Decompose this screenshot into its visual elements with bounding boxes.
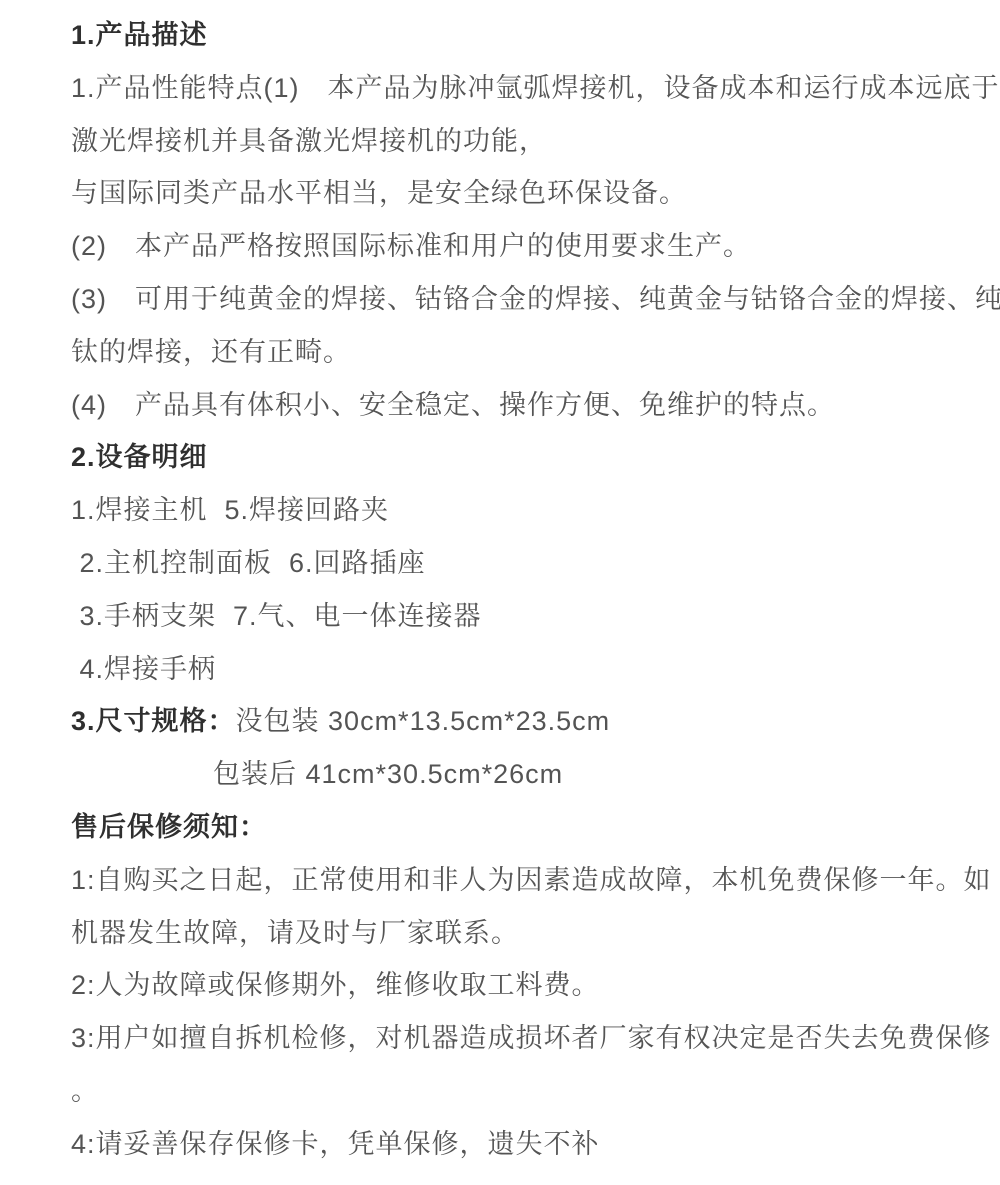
product-feature-line-4: (2) 本产品严格按照国际标准和用户的使用要求生产。 [71,220,970,273]
warranty-line-4: 3:用户如擅自拆机检修，对机器造成损坏者厂家有权决定是否失去免费保修 [71,1012,970,1065]
dimensions-line-packed: 包装后 41cm*30.5cm*26cm [71,748,970,801]
dimensions-packed-value: 包装后 41cm*30.5cm*26cm [213,759,563,789]
section-heading-warranty: 售后保修须知： [71,801,970,854]
equipment-list-line-3: 3.手柄支架 7.气、电一体连接器 [71,590,970,643]
equipment-list-line-1: 1.焊接主机 5.焊接回路夹 [71,484,970,537]
dimensions-unpacked-value: 没包装 30cm*13.5cm*23.5cm [236,706,611,736]
product-document: 1.产品描述 1.产品性能特点(1) 本产品为脉冲氩弧焊接机，设备成本和运行成本… [0,0,1000,1171]
section-heading-equipment: 2.设备明细 [71,431,970,484]
warranty-line-5: 。 [71,1065,970,1118]
warranty-line-2: 机器发生故障，请及时与厂家联系。 [71,907,970,960]
product-feature-line-1: 1.产品性能特点(1) 本产品为脉冲氩弧焊接机，设备成本和运行成本远底于 [71,62,970,115]
product-feature-line-7: (4) 产品具有体积小、安全稳定、操作方便、免维护的特点。 [71,379,970,432]
warranty-line-3: 2:人为故障或保修期外，维修收取工料费。 [71,959,970,1012]
product-feature-line-5: (3) 可用于纯黄金的焊接、钴铬合金的焊接、纯黄金与钴铬合金的焊接、纯 [71,273,970,326]
product-feature-line-6: 钛的焊接，还有正畸。 [71,326,970,379]
section-heading-dimensions: 3.尺寸规格： [71,695,236,748]
dimensions-line-unpacked: 3.尺寸规格：没包装 30cm*13.5cm*23.5cm [71,695,970,748]
product-feature-line-3: 与国际同类产品水平相当，是安全绿色环保设备。 [71,167,970,220]
equipment-list-line-4: 4.焊接手柄 [71,643,970,696]
equipment-list-line-2: 2.主机控制面板 6.回路插座 [71,537,970,590]
warranty-line-6: 4:请妥善保存保修卡，凭单保修，遗失不补 [71,1118,970,1171]
warranty-line-1: 1:自购买之日起，正常使用和非人为因素造成故障，本机免费保修一年。如 [71,854,970,907]
product-feature-line-2: 激光焊接机并具备激光焊接机的功能， [71,115,970,168]
section-heading-product-description: 1.产品描述 [71,9,970,62]
